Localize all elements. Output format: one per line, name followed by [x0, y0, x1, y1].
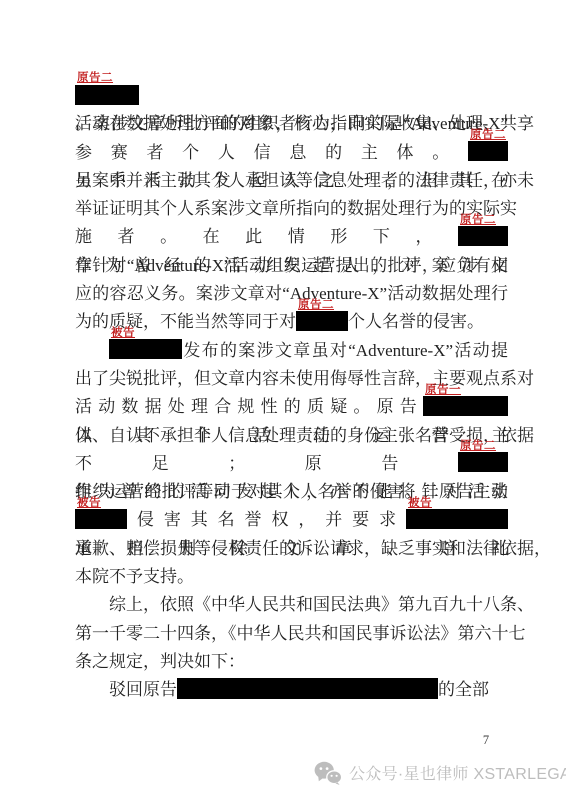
redaction-box: [75, 509, 127, 529]
page-number: 7: [476, 733, 496, 748]
redaction-label: 原告一: [425, 384, 461, 396]
text-line: 不足；原告原告二作为曾经的活动发起人，亦不能将针对活动: [75, 450, 508, 478]
text-line: 被告发布的案涉文章虽对“Adventure-X”活动提: [75, 337, 508, 365]
document-body: 原告二。案涉文章所批评的对象，核心指向的是“Adventure-X”活动在数据处…: [75, 82, 508, 705]
text-run: 另案中并未主张其个人承担该等信息处理者的法律责任，亦未: [75, 171, 534, 190]
redaction-box: 原告一: [423, 396, 508, 416]
text-line: 活动在数据处理方面的组织者行为，即实际收集、处理、共享: [75, 110, 508, 138]
redaction-label: 原告二: [470, 129, 506, 141]
text-line: 体、自认不承担个人信息处理责任的身份主张名誉受损，依据: [75, 422, 508, 450]
redaction-label: 原告二: [460, 214, 496, 226]
redaction-box: [177, 678, 438, 699]
text-run: 驳回原告: [109, 680, 177, 699]
redaction-box: 原告二: [75, 85, 139, 105]
text-run: 章针对“Adventure-X”活动组织运营提出的批评，应负有相: [75, 256, 508, 275]
text-line: 应的容忍义务。案涉文章对“Adventure-X”活动数据处理行: [75, 280, 508, 308]
watermark: 公众号·星也律师 XSTARLEGAL: [314, 759, 566, 786]
text-line: 施者。在此情形下，原告二作为曾经的活动发起人，对案涉文: [75, 223, 508, 251]
text-run: 施者。在此情形下，: [75, 227, 458, 246]
text-line: 本院不予支持。: [75, 563, 508, 591]
watermark-text: 公众号·星也律师 XSTARLEGAL: [349, 761, 566, 784]
text-run: 组织运营的批评等同于对其个人名誉的侵害。二原告主张: [75, 482, 508, 501]
redaction-box: 原告二: [468, 141, 508, 161]
text-run: 的全部: [438, 680, 489, 699]
redaction-label: 原告二: [298, 299, 334, 311]
text-run: 参赛者个人信息的主体。: [75, 143, 468, 162]
text-line: 综上，依照《中华人民共和国民法典》第九百九十八条、: [75, 591, 508, 619]
text-run: 条之规定，判决如下：: [75, 652, 245, 671]
text-run: 发布的案涉文章虽对“Adventure-X”活动提: [182, 341, 508, 360]
text-line: 章针对“Adventure-X”活动组织运营提出的批评，应负有相: [75, 252, 508, 280]
redaction-box: 原告二: [458, 452, 508, 472]
text-line: 驳回原告的全部: [75, 676, 508, 704]
redaction-label: 原告二: [460, 440, 496, 452]
text-line: 条之规定，判决如下：: [75, 648, 508, 676]
text-line: 原告二。案涉文章所批评的对象，核心指向的是“Adventure-X”: [75, 82, 508, 110]
text-line: 参赛者个人信息的主体。原告二虽系活动发起人之一，但其在: [75, 139, 508, 167]
redaction-label: 被告: [408, 497, 432, 509]
text-line: 组织运营的批评等同于对其个人名誉的侵害。二原告主张被告: [75, 478, 508, 506]
redaction-box: 原告二: [296, 311, 348, 331]
text-run: 不足；原告: [75, 454, 458, 473]
text-run: 出了尖锐批评，但文章内容未使用侮辱性言辞，主要观点系对: [75, 369, 534, 388]
text-line: 活动数据处理合规性的质疑。原告原告一以其非活动运营主: [75, 393, 508, 421]
redaction-box: 被告: [109, 339, 182, 359]
text-run: 为的质疑，不能当然等同于对: [75, 312, 296, 331]
text-run: 本院不予支持。: [75, 567, 194, 586]
text-run: 侵害其名誉权，并要求: [127, 510, 406, 529]
text-run: 应的容忍义务。案涉文章对“Adventure-X”活动数据处理行: [75, 284, 508, 303]
redaction-label: 被告: [111, 327, 135, 339]
text-run: 道歉、赔偿损失等侵权责任的诉讼请求，缺乏事实和法律依据，: [75, 539, 551, 558]
redaction-box: 被告: [406, 509, 508, 529]
text-run: 活动在数据处理方面的组织者行为，即实际收集、处理、共享: [75, 114, 534, 133]
text-run: 第一千零二十四条，《中华人民共和国民事诉讼法》第六十七: [75, 624, 526, 643]
redaction-box: 原告二: [458, 226, 508, 246]
text-line: 举证证明其个人系案涉文章所指向的数据处理行为的实际实: [75, 195, 508, 223]
text-run: 个人名誉的侵害。: [348, 312, 484, 331]
text-line: 侵害其名誉权，并要求被告承担删除文章、赔礼: [75, 506, 508, 534]
text-run: 综上，依照《中华人民共和国民法典》第九百九十八条、: [109, 595, 534, 614]
wechat-icon: [314, 761, 342, 785]
text-run: 举证证明其个人系案涉文章所指向的数据处理行为的实际实: [75, 199, 517, 218]
text-line: 另案中并未主张其个人承担该等信息处理者的法律责任，亦未: [75, 167, 508, 195]
redaction-label: 被告: [77, 497, 101, 509]
text-run: 活动数据处理合规性的质疑。原告: [75, 397, 423, 416]
text-line: 道歉、赔偿损失等侵权责任的诉讼请求，缺乏事实和法律依据，: [75, 535, 508, 563]
text-line: 第一千零二十四条，《中华人民共和国民事诉讼法》第六十七: [75, 620, 508, 648]
text-line: 为的质疑，不能当然等同于对原告二个人名誉的侵害。: [75, 308, 508, 336]
redaction-label: 原告二: [77, 72, 113, 84]
